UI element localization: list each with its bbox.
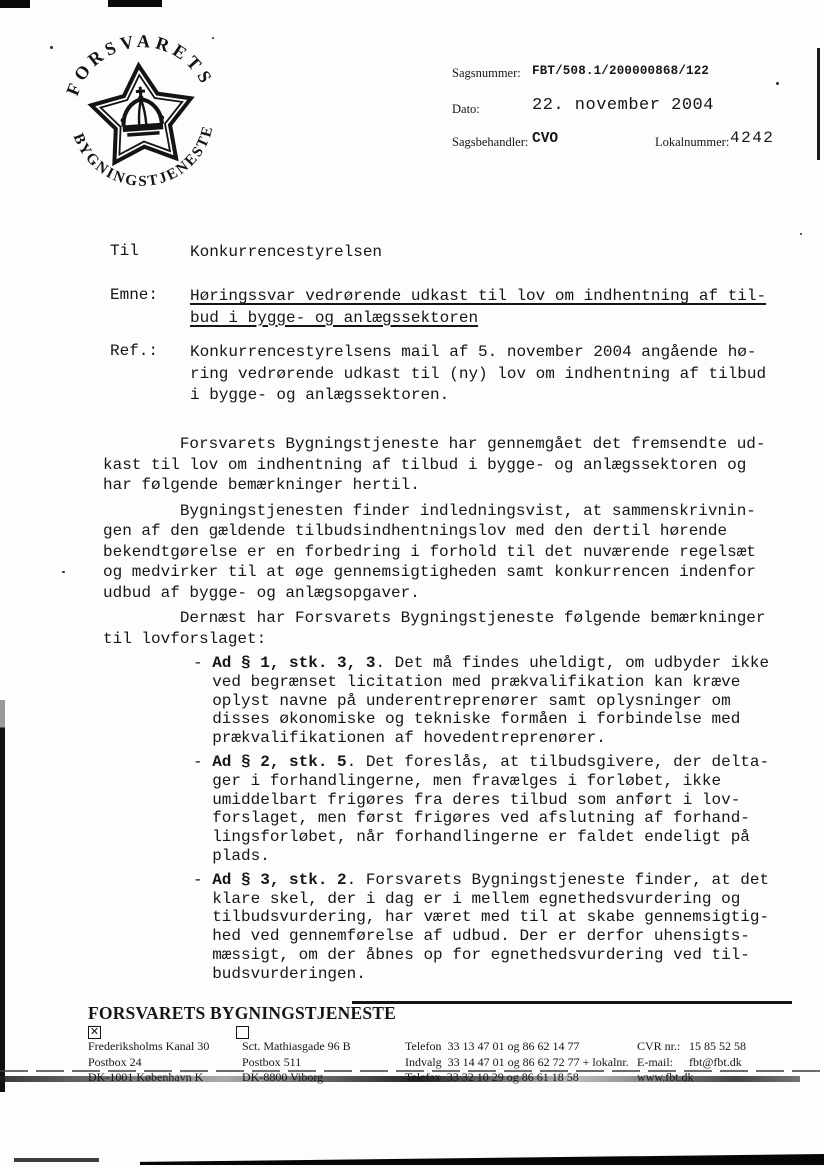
footer-phone-numbers: Telefon 33 13 47 01 og 86 62 14 77Indval… (405, 1039, 629, 1086)
text-line: oplyst navne på underentreprenører samt … (193, 692, 793, 711)
case-handler-label: Sagsbehandler: (452, 135, 528, 150)
text-line: disses økonomiske og tekniske formåen i … (193, 710, 793, 729)
scan-artifact (14, 1158, 99, 1162)
text-line: klare skel, der i dag er i mellem egneth… (193, 890, 793, 909)
text-line: til lovforslaget: (103, 629, 793, 650)
bullet-dash: - (193, 654, 212, 672)
text-line: budsvurderingen. (193, 965, 793, 984)
recipient-row: Til Konkurrencestyrelsen (110, 242, 382, 264)
text-line: ved begrænset licitation med prækvalifik… (193, 673, 793, 692)
reference-row: Ref.: Konkurrencestyrelsens mail af 5. n… (110, 342, 766, 407)
text-line: Sct. Mathiasgade 96 B (242, 1039, 351, 1055)
contact-value: 15 85 52 58 (689, 1039, 746, 1053)
text-line: ring vedrørende udkast til (ny) lov om i… (190, 364, 766, 386)
footer-line: E-mail:fbt@fbt.dk (637, 1055, 746, 1071)
letter-body: Forsvarets Bygningstjeneste har gennemgå… (103, 434, 793, 989)
scan-artifact (0, 700, 5, 1092)
text-line: og medvirker til at øge gennemsigtighede… (103, 562, 793, 583)
text-line: Forsvarets Bygningstjeneste har gennemgå… (103, 434, 793, 455)
scan-artifact (0, 0, 30, 8)
text-line: Telefon 33 13 47 01 og 86 62 14 77 (405, 1039, 629, 1055)
bullet-rest: . Det foreslås, at tilbudsgivere, der de… (347, 753, 769, 771)
recipient-label: Til (110, 242, 190, 264)
text-line: Frederiksholms Kanal 30 (88, 1039, 209, 1055)
footer-line: www.fbt.dk (637, 1070, 746, 1086)
reference-label: Ref.: (110, 342, 190, 407)
reference-value: Konkurrencestyrelsens mail af 5. novembe… (190, 342, 766, 407)
text-line: bekendtgørelse er en forbedring i forhol… (103, 542, 793, 563)
text-line: lingsforløbet, når forhandlingerne er fa… (193, 828, 793, 847)
subject-label: Emne: (110, 286, 190, 329)
footer-contact-info: CVR nr.:15 85 52 58E-mail:fbt@fbt.dkwww.… (637, 1039, 746, 1086)
text-line: forslaget, men først frigøres ved afslut… (193, 809, 793, 828)
bullet-item: - Ad § 3, stk. 2. Forsvarets Bygningstje… (193, 871, 793, 984)
bullet-item: - Ad § 1, stk. 3, 3. Det må findes uheld… (193, 654, 793, 748)
local-number-label: Lokalnummer: (655, 135, 729, 150)
text-line: bud i bygge- og anlægssektoren (190, 308, 766, 330)
footer-rule (352, 1001, 792, 1004)
text-line: mæssigt, om der åbnes op for egnethedsvu… (193, 946, 793, 965)
bullet-first-line: - Ad § 3, stk. 2. Forsvarets Bygningstje… (193, 871, 793, 890)
scan-artifact (817, 48, 820, 160)
bullet-rest: . Det må findes uheldigt, om udbyder ikk… (375, 654, 769, 672)
text-line: gen af den gældende tilbudsindhentningsl… (103, 521, 793, 542)
text-line: Indvalg 33 14 47 01 og 86 62 72 77 + lok… (405, 1055, 629, 1071)
contact-label: CVR nr.: (637, 1039, 689, 1055)
text-line: plads. (193, 847, 793, 866)
date-value: 22. november 2004 (532, 96, 714, 115)
footer-org-name: FORSVARETS BYGNINGSTJENESTE (88, 1003, 396, 1024)
text-line: Postbox 24 (88, 1055, 209, 1071)
text-line: DK-1001 København K (88, 1070, 209, 1086)
footer-line: CVR nr.:15 85 52 58 (637, 1039, 746, 1055)
contact-label: www.fbt.dk (637, 1070, 694, 1086)
text-line: prækvalifikationen af hovedentreprenører… (193, 729, 793, 748)
text-line: Postbox 511 (242, 1055, 351, 1071)
scanned-letter-page: FORSVARETS BYGNINGSTJENESTE Sagsnummer: … (0, 0, 824, 1167)
footer-address-copenhagen: Frederiksholms Kanal 30Postbox 24DK-1001… (88, 1039, 209, 1086)
text-line: Konkurrencestyrelsen (190, 242, 382, 264)
contact-label: E-mail: (637, 1055, 689, 1071)
star-fort-icon (89, 62, 195, 164)
office-checkbox-unchecked (236, 1026, 249, 1039)
text-line: DK-8800 Viborg (242, 1070, 351, 1086)
scan-speck (776, 82, 779, 85)
bullet-lead: Ad § 3, stk. 2 (212, 871, 346, 889)
bullet-first-line: - Ad § 1, stk. 3, 3. Det må findes uheld… (193, 654, 793, 673)
bullet-dash: - (193, 871, 212, 889)
bullet-item: - Ad § 2, stk. 5. Det foreslås, at tilbu… (193, 753, 793, 866)
checkmark-icon: ✕ (90, 1026, 99, 1038)
paragraph: Dernæst har Forsvarets Bygningstjeneste … (103, 608, 793, 649)
bullet-rest: . Forsvarets Bygningstjeneste finder, at… (347, 871, 769, 889)
text-line: Telefax 33 32 10 29 og 86 61 18 58 (405, 1070, 629, 1086)
footer-address-viborg: Sct. Mathiasgade 96 BPostbox 511DK-8800 … (242, 1039, 351, 1086)
forsvarets-bygningstjeneste-logo: FORSVARETS BYGNINGSTJENESTE (40, 12, 245, 217)
text-line: Høringssvar vedrørende udkast til lov om… (190, 286, 766, 308)
contact-value: fbt@fbt.dk (689, 1055, 742, 1069)
text-line: umiddelbart frigøres fra deres tilbud so… (193, 791, 793, 810)
text-line: Bygningstjenesten finder indledningsvist… (103, 501, 793, 522)
subject-row: Emne: Høringssvar vedrørende udkast til … (110, 286, 766, 329)
scan-artifact (108, 0, 162, 7)
subject-value: Høringssvar vedrørende udkast til lov om… (190, 286, 766, 329)
date-label: Dato: (452, 102, 480, 117)
scan-speck (800, 233, 802, 235)
text-line: kast til lov om indhentning af tilbud i … (103, 455, 793, 476)
bullet-first-line: - Ad § 2, stk. 5. Det foreslås, at tilbu… (193, 753, 793, 772)
text-line: Dernæst har Forsvarets Bygningstjeneste … (103, 608, 793, 629)
office-checkbox-checked: ✕ (88, 1026, 101, 1039)
text-line: i bygge- og anlægssektoren. (190, 385, 766, 407)
text-line: har følgende bemærkninger hertil. (103, 475, 793, 496)
bullet-list: - Ad § 1, stk. 3, 3. Det må findes uheld… (103, 654, 793, 984)
case-handler-value: CVO (532, 131, 558, 147)
bullet-lead: Ad § 2, stk. 5 (212, 753, 346, 771)
text-line: Konkurrencestyrelsens mail af 5. novembe… (190, 342, 766, 364)
case-number-value: FBT/508.1/200000868/122 (532, 64, 709, 78)
text-line: udbud af bygge- og anlægsopgaver. (103, 583, 793, 604)
scan-artifact (140, 1154, 824, 1165)
text-line: tilbudsvurdering, har været med til at s… (193, 908, 793, 927)
text-line: hed ved gennemførelse af udbud. Der er d… (193, 927, 793, 946)
case-number-label: Sagsnummer: (452, 66, 521, 81)
paragraph: Bygningstjenesten finder indledningsvist… (103, 501, 793, 604)
scan-speck (62, 571, 65, 573)
text-line: ger i forhandlingerne, men fravælges i f… (193, 772, 793, 791)
recipient-value: Konkurrencestyrelsen (190, 242, 382, 264)
bullet-lead: Ad § 1, stk. 3, 3 (212, 654, 375, 672)
bullet-dash: - (193, 753, 212, 771)
local-number-value: 4242 (730, 129, 774, 147)
paragraph: Forsvarets Bygningstjeneste har gennemgå… (103, 434, 793, 496)
